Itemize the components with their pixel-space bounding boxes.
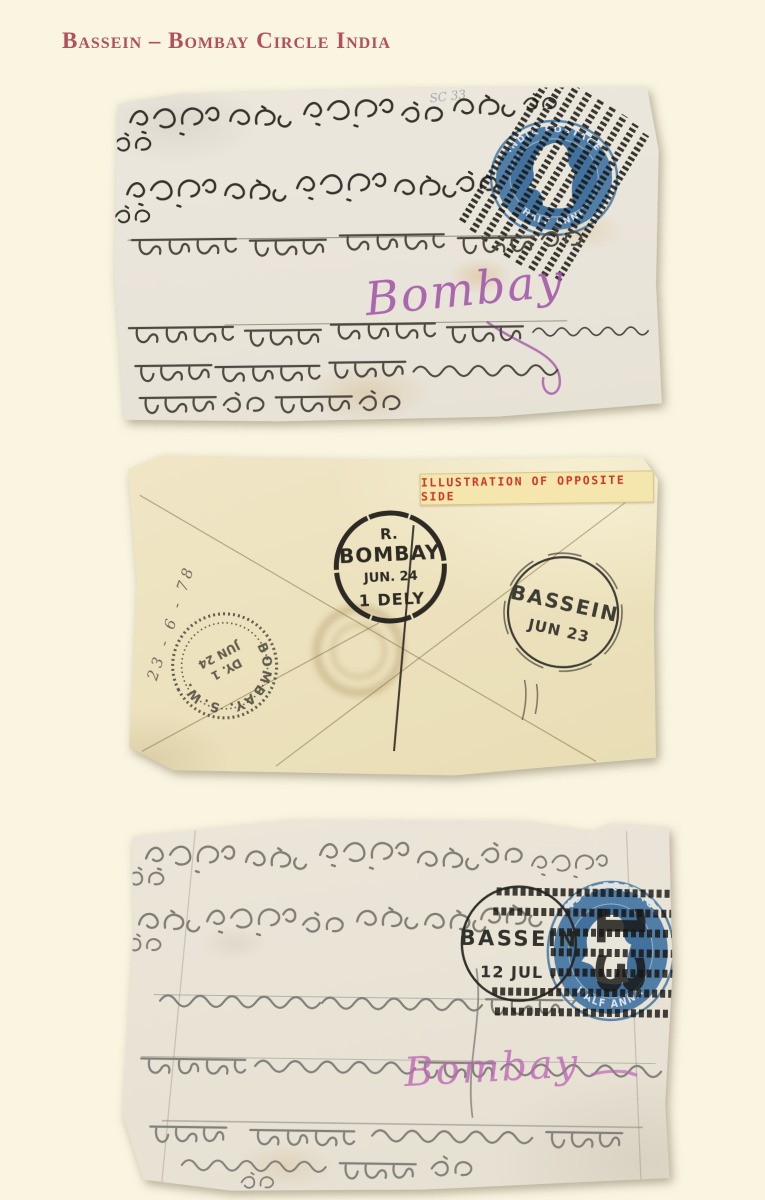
- numeral-cancel: 13: [580, 901, 658, 1002]
- manuscript-destination: Bombay: [401, 1038, 637, 1099]
- page-title: Bassein – Bombay Circle India: [62, 28, 391, 54]
- illustration-label: ILLUSTRATION OF OPPOSITE SIDE: [420, 470, 654, 505]
- destination-note-text: Bombay: [361, 253, 566, 327]
- script-line-urdu-1: [114, 94, 556, 151]
- script-line-modi-4: [140, 391, 400, 414]
- envelope3-art: Bombay INDIA POSTAGE: [121, 814, 674, 1197]
- album-page: { "page": { "title": "Bassein – Bombay C…: [0, 0, 765, 1200]
- postmark-line: BASSEIN: [508, 580, 621, 627]
- postmark-line: BASSEIN: [459, 926, 578, 952]
- postmark-bombay-delivery: R. BOMBAY JUN. 24 1 DELY: [334, 511, 447, 624]
- envelope-paper: Bombay INDIA POSTAGE: [121, 814, 674, 1197]
- pencil-note: 23 - 6 - 78: [143, 562, 199, 683]
- pen-ticks: [522, 680, 537, 720]
- postmark-line: 12 JUL .: [480, 962, 557, 982]
- destination-note-text: Bombay: [402, 1040, 581, 1096]
- script-line-urdu-1: [128, 838, 607, 891]
- envelope-front-top: SC 33 INDIA POSTAGE: [112, 84, 662, 424]
- envelope-back-middle: 23 - 6 - 78 BOMBAY. S.W. DY. 1 JUN 24 R.…: [126, 453, 658, 777]
- script-line-modi-3: [150, 1121, 642, 1150]
- postmark-line: 1 DELY: [358, 588, 425, 610]
- script-line-modi-4: [181, 1153, 471, 1191]
- script-line-modi-2: [129, 320, 648, 347]
- envelope1-art: SC 33 INDIA POSTAGE: [112, 84, 662, 424]
- script-line-modi-1: [128, 227, 582, 258]
- postmark-line: JUN 23: [526, 615, 592, 646]
- script-line-modi-2: [141, 1056, 661, 1080]
- script-line-urdu-2: [115, 172, 497, 223]
- script-line-modi-3: [135, 360, 557, 382]
- envelope-paper: SC 33 INDIA POSTAGE: [112, 84, 662, 424]
- postmark-line: BOMBAY: [339, 540, 441, 569]
- envelope-paper: 23 - 6 - 78 BOMBAY. S.W. DY. 1 JUN 24 R.…: [126, 453, 658, 777]
- envelope-front-bottom: Bombay INDIA POSTAGE: [121, 814, 674, 1197]
- postmark-line: R.: [380, 525, 398, 544]
- postmark-bassein: BASSEIN JUN 23: [493, 542, 634, 683]
- postmark-bassein: BASSEIN 12 JUL .: [459, 886, 579, 1002]
- pencil-note: SC 33: [429, 87, 467, 105]
- pen-flourish: [487, 321, 560, 395]
